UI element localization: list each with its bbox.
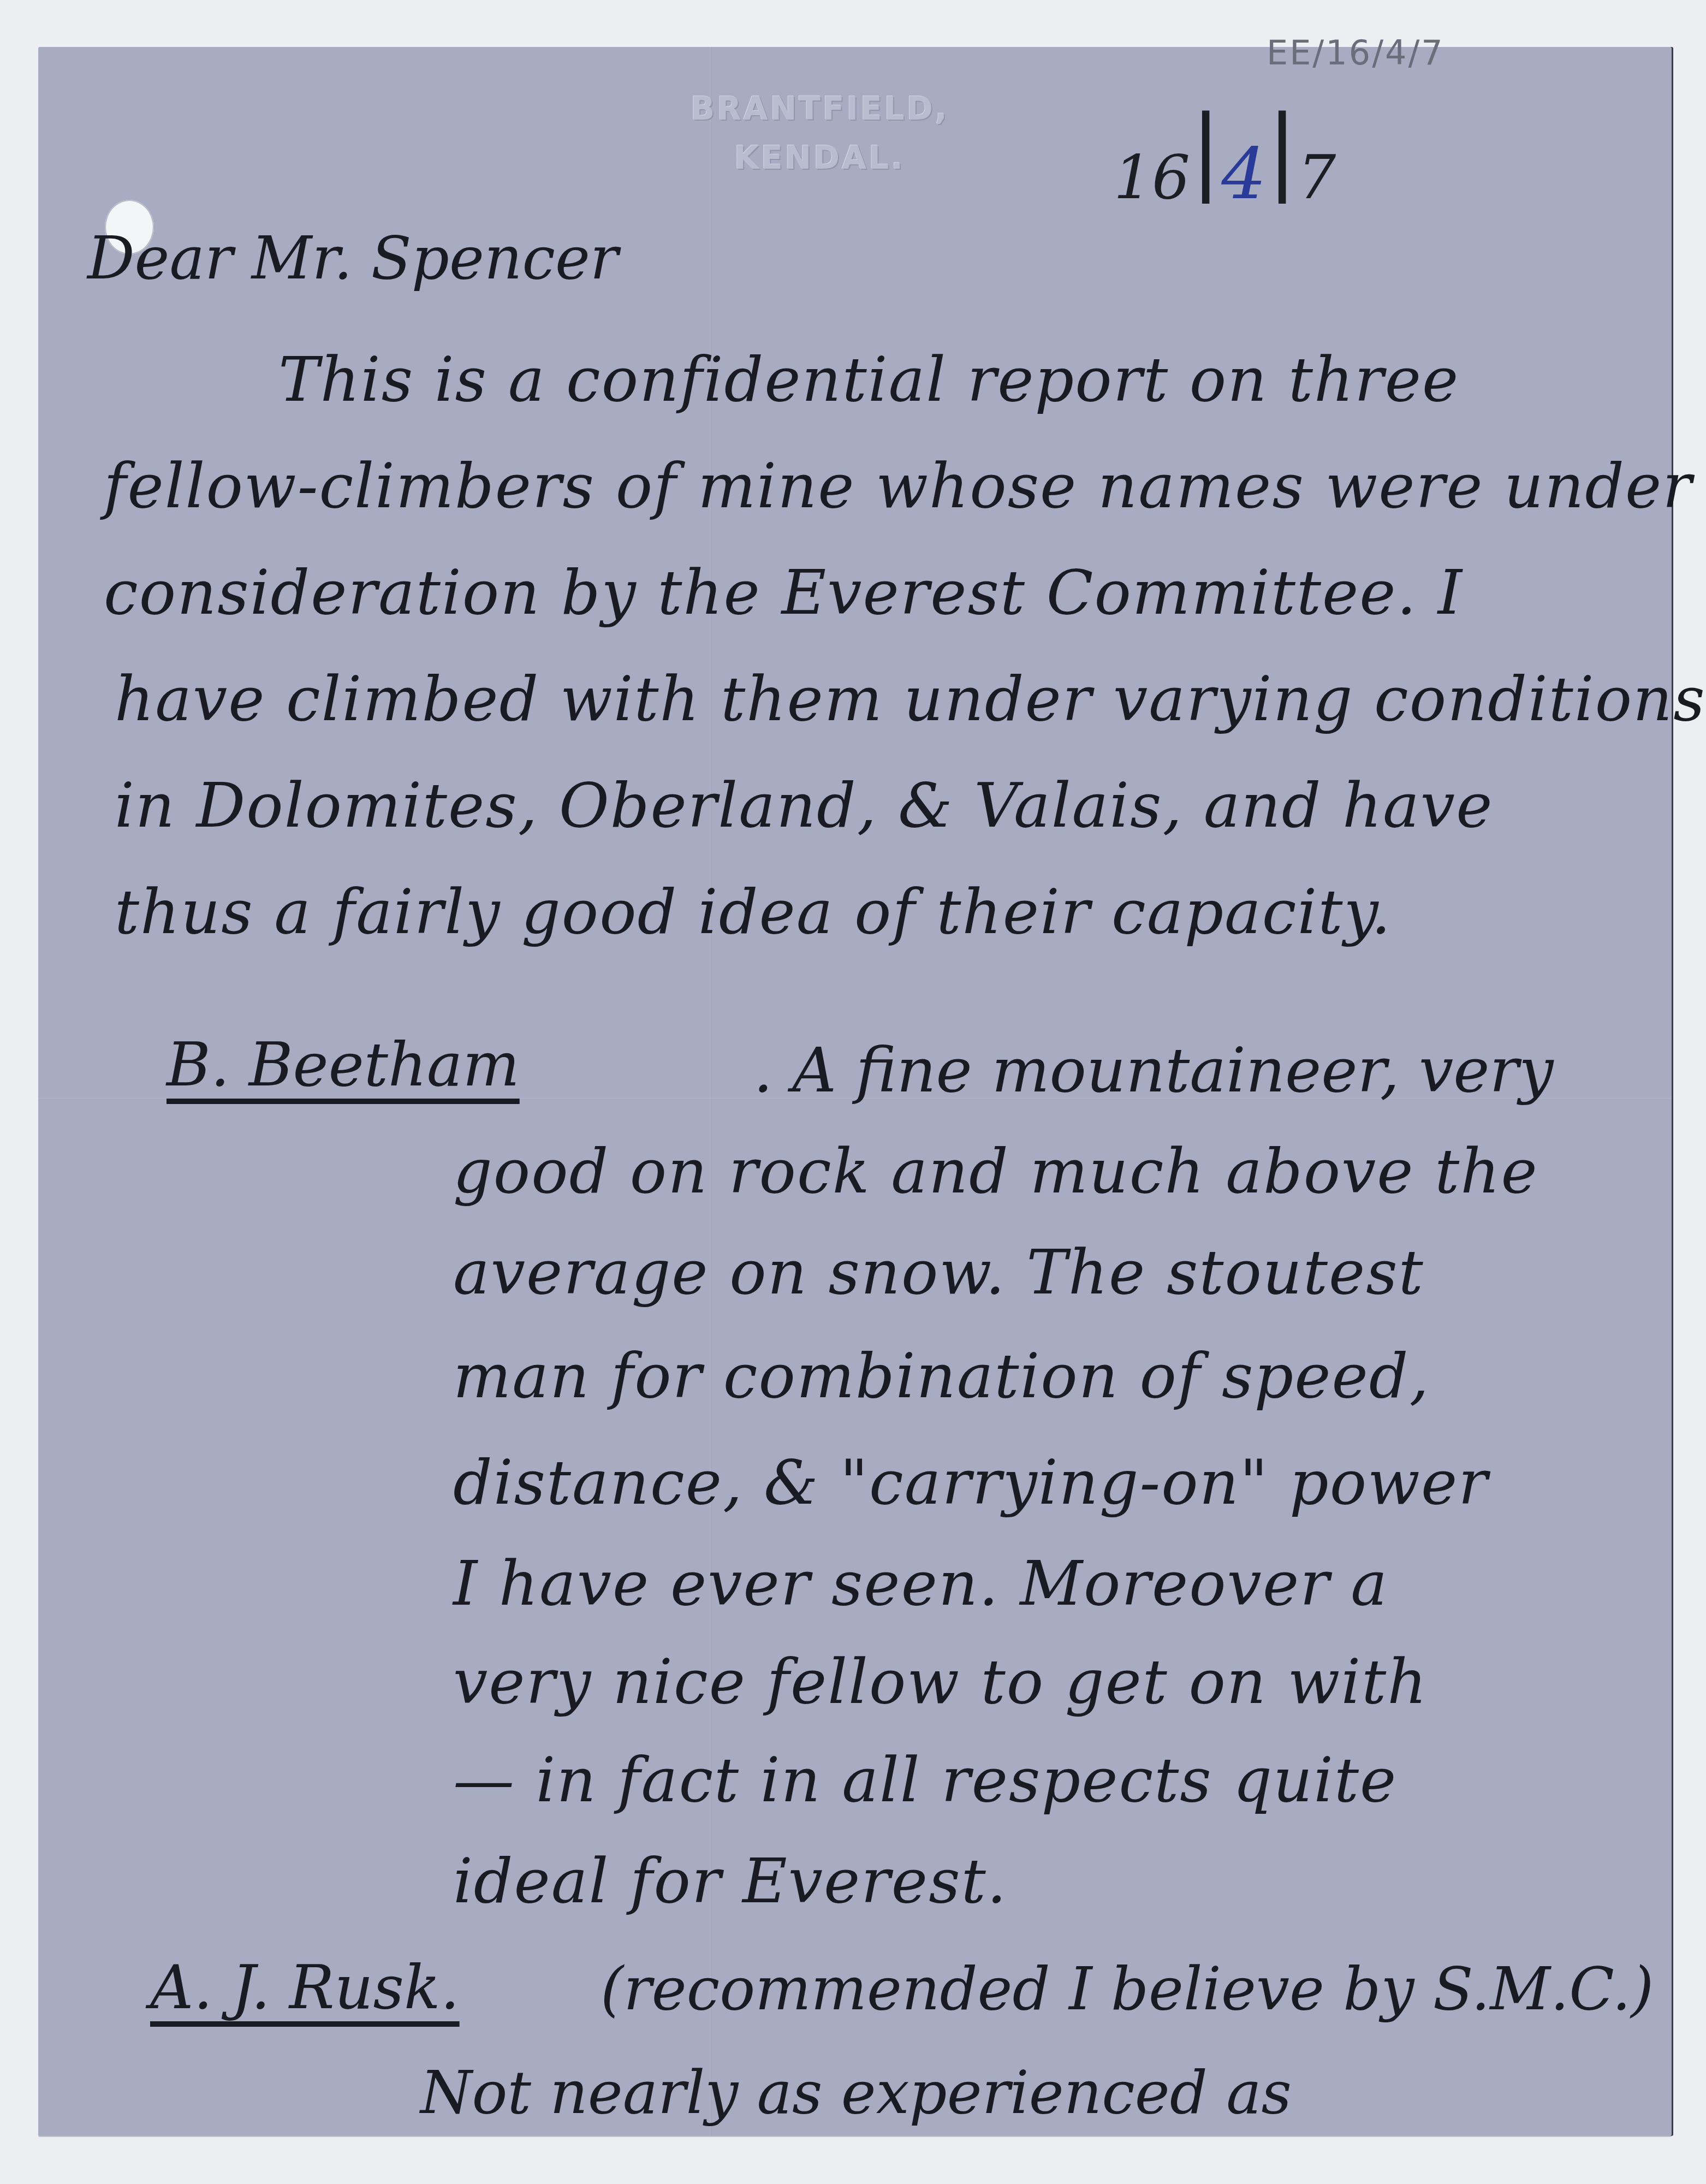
entry-line: — in fact in all respects quite [453,1750,1397,1811]
entry-line: good on rock and much above the [453,1141,1538,1202]
entry-line: Not nearly as experienced as [420,2064,1292,2123]
entry-line: I have ever seen. Moreover a [453,1553,1388,1615]
date-month: 4 [1221,132,1267,215]
entry-line: ideal for Everest. [453,1851,1007,1912]
date-day: 16 [1114,143,1190,212]
entry-first-line: (recommended I believe by S.M.C.) [601,1960,1654,2019]
entry-line: man for combination of speed, [453,1346,1430,1407]
intro-line: in Dolomites, Oberland, & Valais, and ha… [115,775,1493,836]
date-mark: 16|4|7 [1114,120,1336,213]
intro-line: have climbed with them under varying con… [115,669,1706,730]
entry-line: distance, & "carrying-on" power [453,1452,1489,1514]
entry-first-line: . A fine mountaineer, very [753,1040,1553,1101]
entry-name-rusk: A. J. Rusk. [150,1957,460,2017]
archive-reference: EE/16/4/7 [1267,33,1445,73]
intro-line: consideration by the Everest Committee. … [104,562,1463,624]
letterhead-line-1: BRANTFIELD, [691,93,949,124]
intro-line: thus a fairly good idea of their capacit… [115,882,1392,943]
entry-line: very nice fellow to get on with [453,1652,1428,1713]
entry-line: average on snow. The stoutest [453,1242,1424,1303]
intro-line: This is a confidential report on three [278,349,1459,411]
date-separator: | [1267,104,1298,197]
salutation: Dear Mr. Spencer [87,229,618,288]
letterhead-line-2: KENDAL. [734,142,905,174]
date-separator: | [1190,104,1221,197]
entry-name-beetham: B. Beetham [167,1035,520,1095]
date-year: 7 [1298,143,1336,212]
intro-line: fellow-climbers of mine whose names were… [104,456,1693,517]
